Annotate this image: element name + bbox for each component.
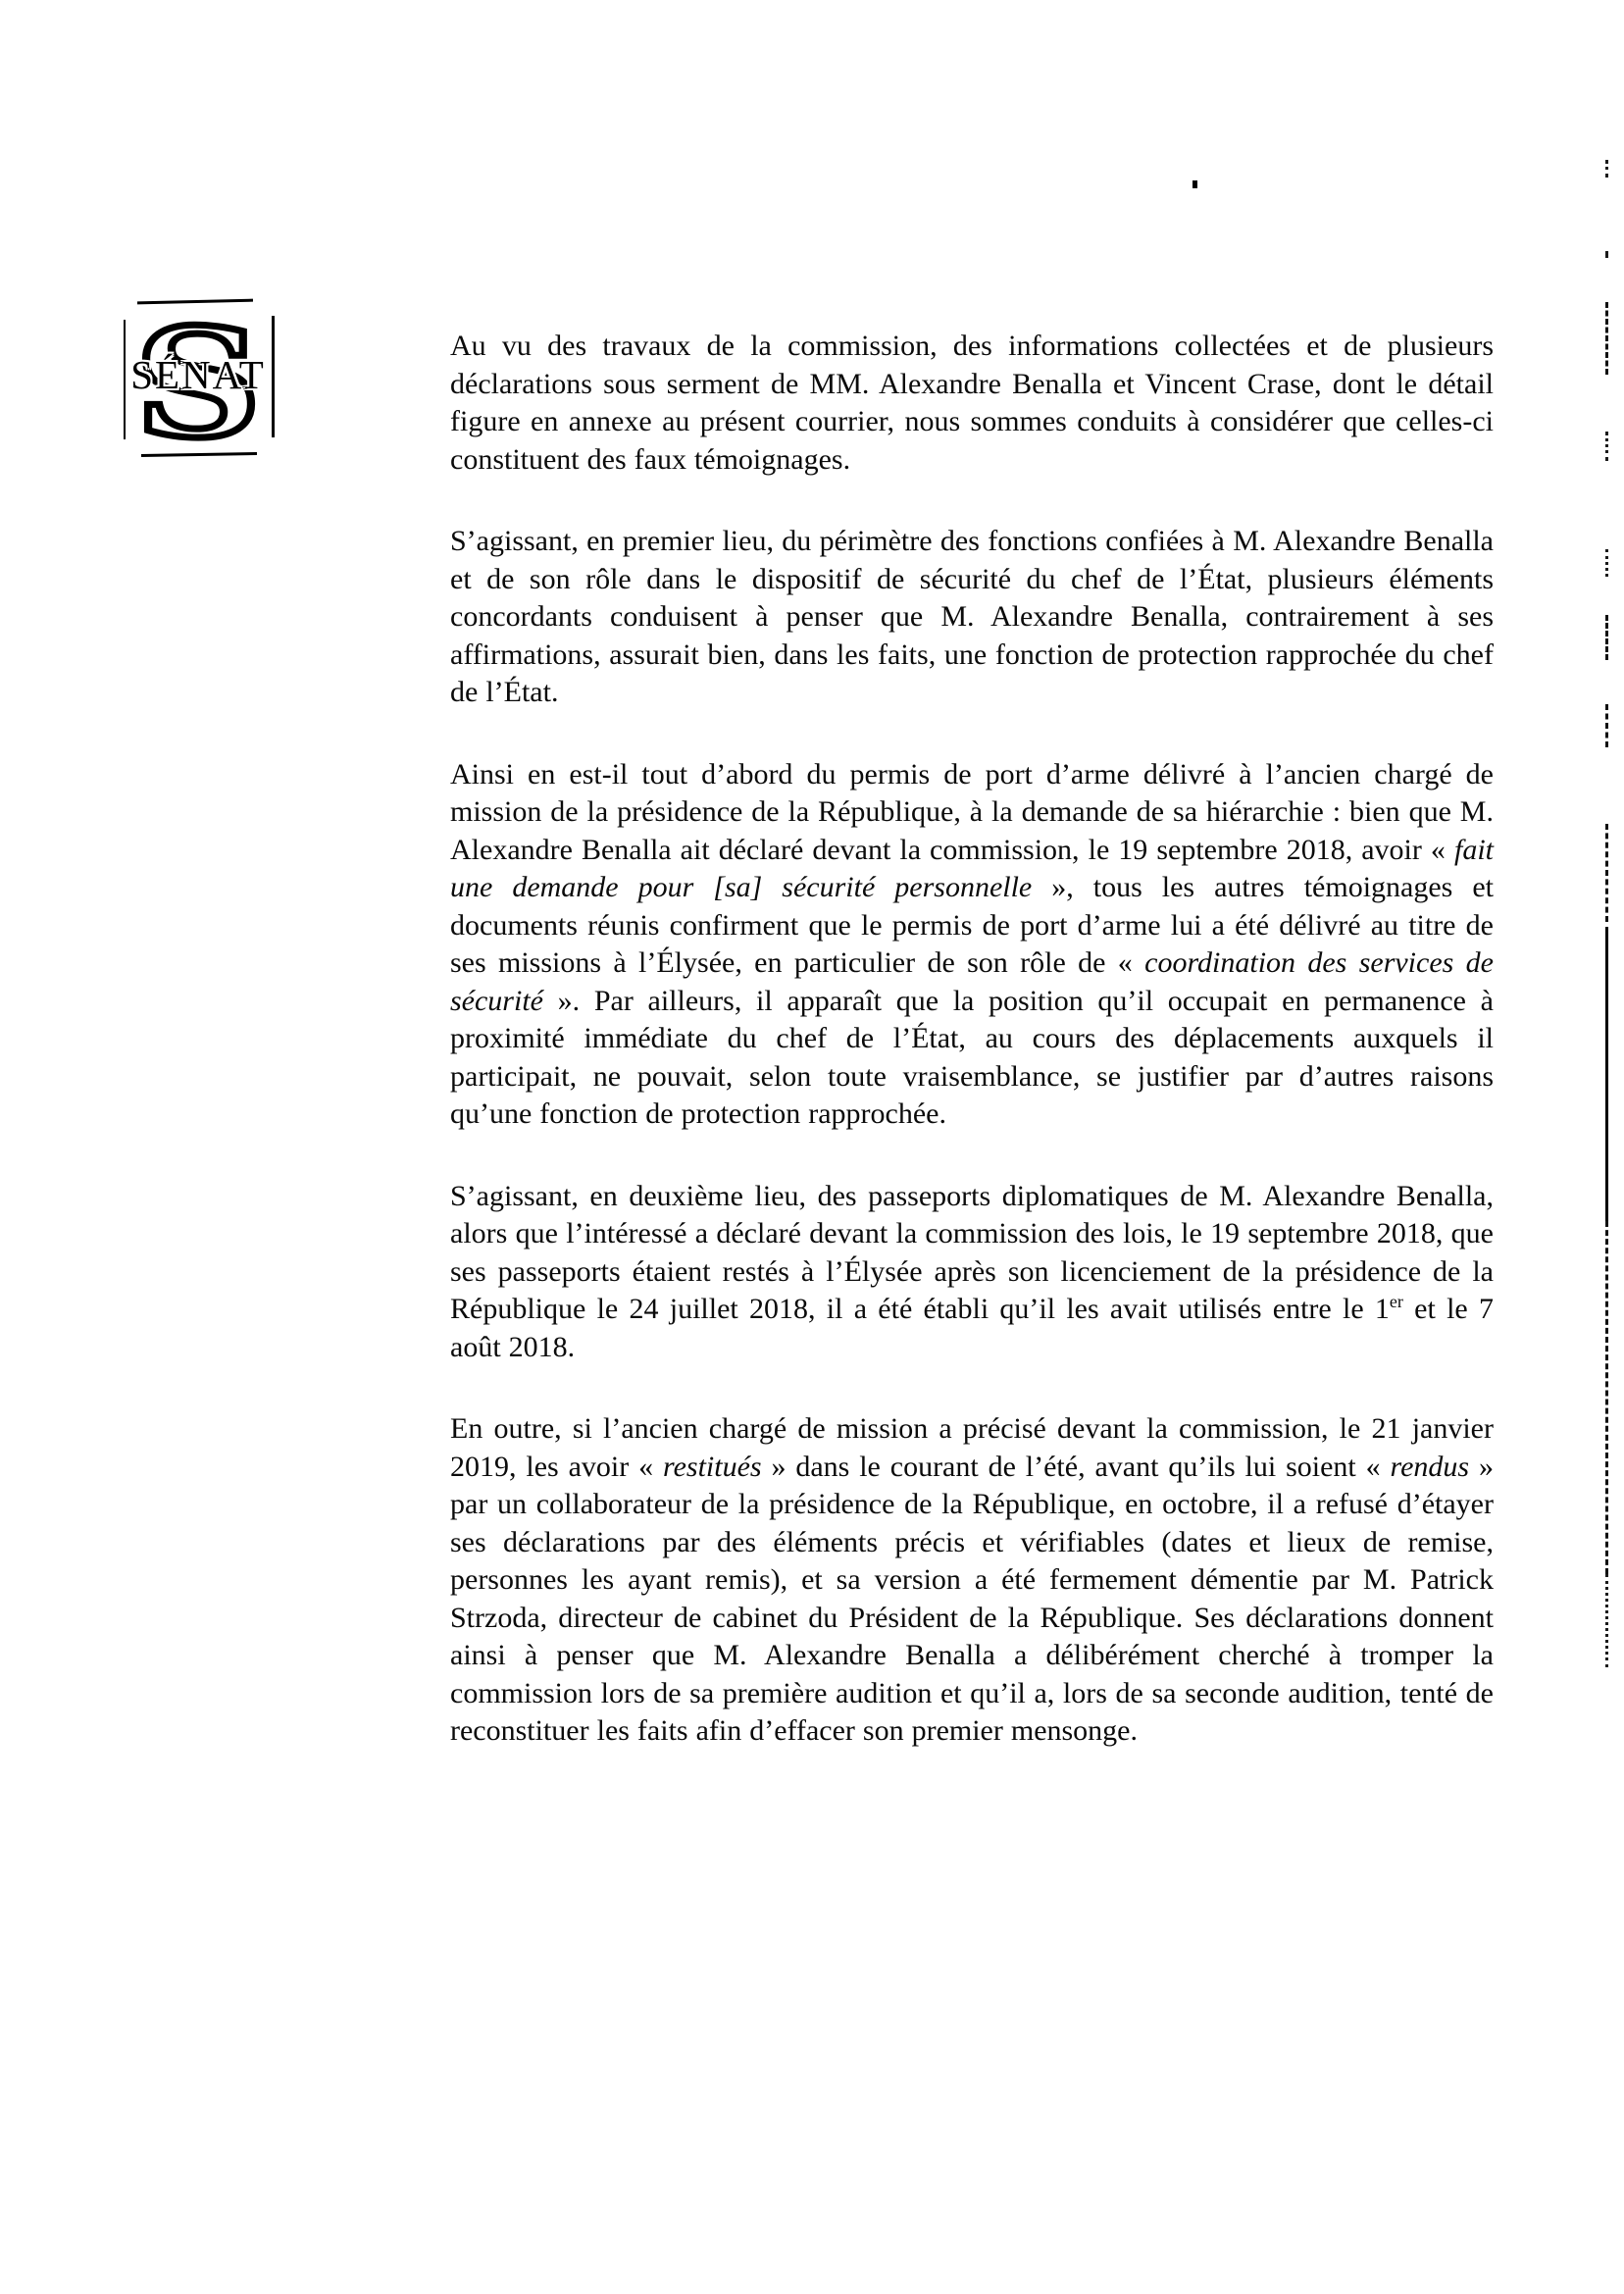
scan-artifact-line <box>1605 160 1608 178</box>
scanned-letter-page: S SÉNAT Au vu des travaux de la commissi… <box>0 0 1624 2294</box>
text-segment: Au vu des travaux de la commission, des … <box>450 330 1494 476</box>
text-segment: S’agissant, en premier lieu, du périmètr… <box>450 525 1494 708</box>
text-segment: rendus <box>1391 1451 1470 1483</box>
text-segment: S’agissant, en deuxième lieu, des passep… <box>450 1180 1494 1326</box>
scan-artifact-line <box>1605 1574 1608 1667</box>
text-segment: restitués <box>663 1451 762 1483</box>
paragraph: S’agissant, en deuxième lieu, des passep… <box>450 1178 1494 1367</box>
scan-artifact-line <box>1605 615 1608 660</box>
paragraph: En outre, si l’ancien chargé de mission … <box>450 1410 1494 1751</box>
senat-wordmark: SÉNAT <box>116 351 280 398</box>
text-segment: er <box>1390 1292 1403 1311</box>
scan-speck <box>1193 180 1197 188</box>
scan-artifact-line <box>1605 549 1608 577</box>
text-segment: » par un collaborateur de la présidence … <box>450 1451 1494 1748</box>
scan-artifact-line <box>1605 704 1608 747</box>
scan-artifact-line <box>1605 302 1608 375</box>
text-segment: » dans le courant de l’été, avant qu’ils… <box>762 1451 1391 1483</box>
scan-artifact-line <box>1605 824 1608 922</box>
paragraph: Au vu des travaux de la commission, des … <box>450 328 1494 479</box>
text-segment: ». Par ailleurs, il apparaît que la posi… <box>450 985 1494 1131</box>
senat-logo: S SÉNAT <box>116 292 280 463</box>
text-segment: Ainsi en est-il tout d’abord du permis d… <box>450 758 1494 866</box>
paragraph: Ainsi en est-il tout d’abord du permis d… <box>450 756 1494 1134</box>
scan-artifact-line <box>1605 251 1608 257</box>
paragraph: S’agissant, en premier lieu, du périmètr… <box>450 523 1494 712</box>
letter-body: Au vu des travaux de la commission, des … <box>450 328 1494 1795</box>
scan-artifact-line <box>1605 927 1608 1221</box>
scan-artifact-line <box>1605 1221 1608 1574</box>
scan-artifact-line <box>1605 432 1608 461</box>
